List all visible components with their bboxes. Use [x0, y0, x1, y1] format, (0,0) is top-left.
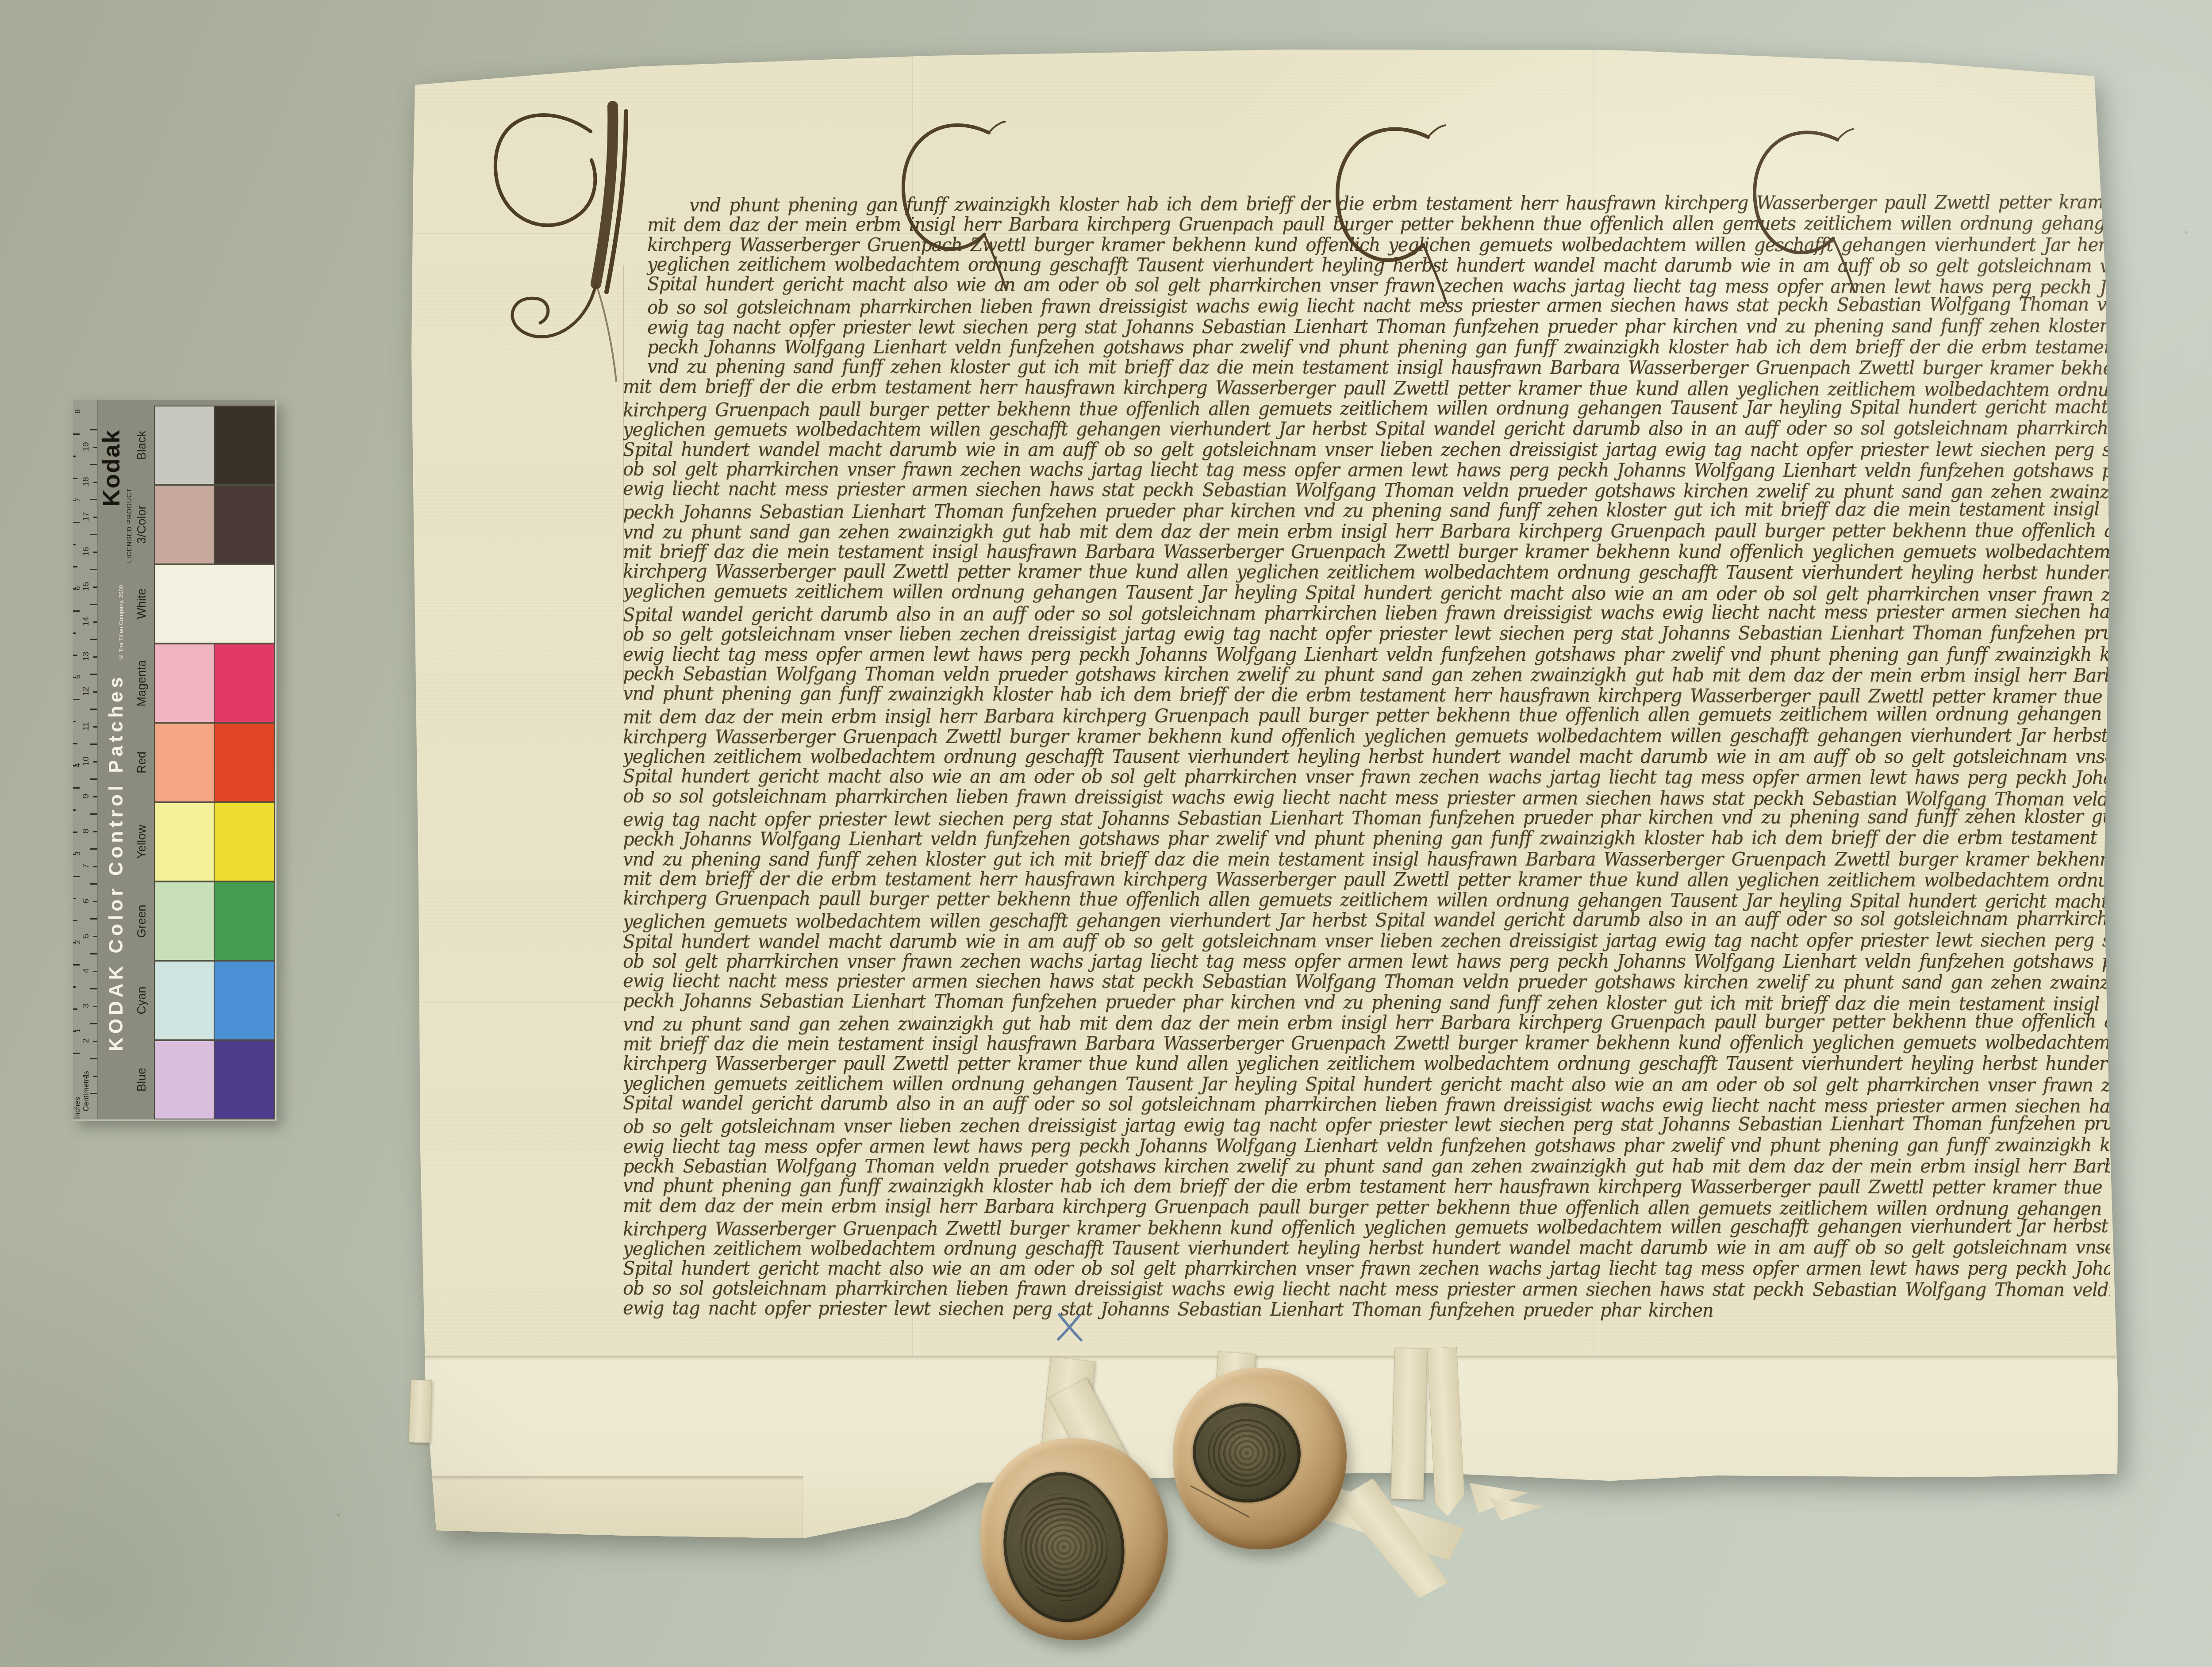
manuscript-line: ewig liecht tag mess opfer armen lewt ha… [623, 1134, 2110, 1157]
ruler-tick [73, 787, 80, 789]
ruler-tick [90, 499, 97, 500]
color-patch-grid [154, 406, 275, 1119]
ruler-tick [93, 971, 97, 972]
ruler-tick [93, 656, 97, 658]
color-patch-light-blue [155, 1041, 214, 1119]
manuscript-line: Spital hundert gericht macht also wie an… [623, 1258, 2110, 1280]
color-patch-light-black [155, 406, 214, 484]
manuscript-text-block: vnd phunt phening gan funff zwainzigkh k… [623, 194, 2110, 1321]
manuscript-line: kirchperg Wasserberger paull Zwettl pett… [623, 1053, 2110, 1075]
manuscript-line: ewig liecht nacht mess priester armen si… [623, 970, 2110, 993]
patch-label: Cyan [135, 986, 149, 1014]
manuscript-line: yeglichen zeitlichem wolbedachtem ordnun… [623, 1237, 2110, 1260]
ruler-tick [73, 522, 80, 523]
cm-number: 1 [81, 1073, 91, 1078]
ruler-tick [90, 848, 97, 850]
ruler-tick [90, 569, 97, 570]
cm-number: 17 [81, 512, 91, 521]
ruler-tick [90, 534, 97, 535]
manuscript-line: ob so gelt gotsleichnam vnser lieben zec… [623, 1113, 2110, 1138]
inch-number: 8 [73, 409, 82, 413]
ruler-tick [93, 901, 97, 902]
manuscript-line: ob so sol gotsleichnam pharrkirchen lieb… [623, 1278, 2110, 1301]
cm-number: 15 [81, 582, 91, 591]
ruler-tick [93, 761, 97, 763]
ruler-tick [73, 433, 80, 435]
manuscript-line: mit brieff daz die mein testament insigl… [623, 1032, 2110, 1055]
ruler-tick [90, 709, 97, 710]
ruler-tick [93, 1076, 97, 1077]
ruler-tick [93, 726, 97, 728]
patch-label: Red [135, 751, 149, 774]
ruler-tick [73, 610, 80, 612]
ruler-tick [93, 586, 97, 588]
manuscript-line: kirchperg Wasserberger paull Zwettl pett… [623, 561, 2110, 584]
manuscript-line: vnd zu phening sand funff zehen kloster … [623, 848, 2110, 870]
seal-impression [995, 1465, 1133, 1629]
patch-label: Green [135, 904, 149, 938]
ruler-tick [93, 1006, 97, 1007]
cm-number: 7 [81, 864, 91, 869]
ruler-tick [93, 482, 97, 483]
ruler-tick [93, 552, 97, 553]
ruler-tick [93, 936, 97, 937]
inch-number: 5 [73, 674, 82, 678]
patch-label: 3/Color [135, 505, 149, 544]
color-bar-title: KODAK Color Control Patches [105, 674, 127, 1051]
color-patch-full-green [215, 882, 274, 960]
ruler-tick [73, 1053, 80, 1054]
inch-number: 6 [73, 586, 82, 590]
inch-number: 2 [73, 940, 82, 944]
patch-label: Black [135, 431, 149, 460]
ruler-tick [93, 447, 97, 448]
cm-number: 10 [81, 756, 91, 766]
kodak-color-bar: Kodak LICENSED PRODUCT © The Tiffen Comp… [73, 400, 276, 1121]
color-patch-full-blue [215, 1041, 274, 1119]
manuscript-line: peckh Johanns Wolfgang Lienhart veldn fu… [623, 337, 2110, 358]
ruler-tick [93, 796, 97, 797]
color-patch-white [155, 565, 274, 643]
ruler-tick [93, 621, 97, 623]
manuscript-line: mit brieff daz die mein testament insigl… [623, 541, 2110, 563]
ruler-tick [73, 655, 77, 656]
manuscript-line: mit dem daz der mein erbm insigl herr Ba… [623, 213, 2110, 236]
ruler-tick [93, 691, 97, 693]
color-patch-full-3/color [215, 486, 274, 563]
ruler-tick [90, 743, 97, 745]
cm-number: 14 [81, 617, 91, 626]
manuscript-line: mit dem daz der mein erbm insigl herr Ba… [623, 704, 2110, 728]
manuscript-line: vnd zu phunt sand gan zehen zwainzigkh g… [623, 520, 2110, 543]
ruler-tick [90, 883, 97, 885]
color-patch-full-black [215, 406, 274, 484]
manuscript-line: Spital hundert wandel macht darumb wie i… [623, 930, 2110, 953]
ruler-tick [90, 813, 97, 815]
cm-number: 9 [81, 794, 91, 799]
seal-impression [1188, 1398, 1306, 1508]
ruler-tick [90, 429, 97, 430]
ruler-tick [73, 566, 77, 567]
wax-seal-left [980, 1438, 1168, 1640]
ruler-tick [90, 953, 97, 954]
ruler-tick [90, 1023, 97, 1024]
manuscript-line: peckh Johanns Sebastian Lienhart Thoman … [623, 499, 2110, 524]
ruler-tick [73, 544, 76, 545]
ruler-tick [90, 604, 97, 605]
patch-label: Yellow [135, 825, 149, 859]
manuscript-line: ewig liecht tag mess opfer armen lewt ha… [623, 644, 2110, 665]
color-patch-light-yellow [155, 803, 214, 881]
color-patch-full-magenta [215, 644, 274, 722]
ruler-tick [93, 1041, 97, 1042]
manuscript-line: ewig tag nacht opfer priester lewt siech… [623, 315, 2110, 338]
inches-label: Inches [73, 1097, 82, 1119]
ruler-tick [73, 809, 76, 811]
cm-number: 6 [81, 899, 91, 904]
color-patch-light-red [155, 724, 214, 801]
cm-number: 5 [81, 934, 91, 939]
kodak-brand-text: Kodak [98, 429, 125, 506]
photo-stage: vnd phunt phening gan funff zwainzigkh k… [0, 0, 2212, 1667]
ruler-tick [90, 1058, 97, 1059]
ruler-tick [90, 464, 97, 465]
ruler-tick [93, 831, 97, 832]
ruler-tick [90, 988, 97, 989]
manuscript-line: kirchperg Wasserberger Gruenpach Zwettl … [623, 234, 2110, 256]
ruler-tick [73, 456, 76, 457]
cm-number: 8 [81, 829, 91, 834]
cm-number: 12 [81, 686, 91, 696]
ruler-tick [73, 920, 77, 921]
manuscript-line: peckh Johanns Wolfgang Lienhart veldn fu… [623, 827, 2110, 850]
patch-label: Magenta [135, 660, 149, 706]
ruler-tick [73, 743, 77, 744]
ruler-tick [73, 964, 80, 966]
manuscript-line: ob so gelt gotsleichnam vnser lieben zec… [623, 622, 2110, 645]
licensed-product-text: LICENSED PRODUCT [126, 488, 133, 563]
ruler-tick [90, 918, 97, 920]
ruler-tick [93, 517, 97, 518]
parchment-tag [1391, 1348, 1428, 1500]
manuscript-line: vnd phunt phening gan funff zwainzigkh k… [623, 1175, 2110, 1198]
inch-number: 1 [73, 1028, 82, 1032]
cm-number: 11 [81, 722, 91, 731]
ruler-tick [93, 866, 97, 867]
ruler-tick [90, 1093, 97, 1094]
manuscript-line: ewig tag nacht opfer priester lewt siech… [623, 1298, 1932, 1321]
parchment-tag-tip [409, 1380, 432, 1443]
color-patch-full-red [215, 724, 274, 801]
ruler-tick [73, 876, 80, 877]
cm-number: 13 [81, 651, 91, 661]
manuscript-line: yeglichen gemuets wolbedachtem willen ge… [623, 908, 2110, 933]
ruler-tick [90, 778, 97, 780]
plica-lower-left-fold [431, 1476, 803, 1538]
cm-number: 16 [81, 547, 91, 556]
ruler-tick [90, 674, 97, 675]
manuscript-line: ob sol gelt pharrkirchen vnser frawn zec… [623, 951, 2110, 973]
ruler-tick [73, 721, 76, 722]
manuscript-line: vnd zu phening sand funff zehen kloster … [623, 356, 2110, 379]
cm-number: 19 [81, 442, 91, 451]
ruler-tick [73, 898, 76, 899]
patch-label: White [135, 589, 149, 619]
color-patch-full-yellow [215, 803, 274, 881]
cm-number: 3 [81, 1004, 91, 1008]
cm-number: 4 [81, 969, 91, 973]
cm-number: 18 [81, 477, 91, 486]
manuscript-line: Spital hundert wandel macht darumb wie i… [623, 439, 2110, 460]
ruler-tick [73, 632, 76, 634]
inch-number: 4 [73, 763, 82, 767]
manuscript-line: yeglichen gemuets zeitlichem willen ordn… [623, 1073, 2110, 1096]
copyright-text: © The Tiffen Company, 2000 [118, 585, 124, 660]
color-patch-light-magenta [155, 644, 214, 722]
manuscript-line: yeglichen gemuets wolbedachtem willen ge… [623, 418, 2110, 441]
manuscript-line: yeglichen zeitlichem wolbedachtem ordnun… [623, 746, 2110, 768]
manuscript-line: ob so sol gotsleichnam pharrkirchen lieb… [623, 294, 2110, 319]
manuscript-line: Spital hundert gericht macht also wie an… [623, 766, 2110, 789]
color-patch-light-3/color [155, 486, 214, 563]
ruler-tick [73, 699, 80, 700]
ruler-tick [90, 639, 97, 640]
ruler-tick [73, 1008, 77, 1010]
ruler-tick [73, 832, 77, 833]
ruler-tick [73, 478, 77, 479]
wax-seal-right [1173, 1368, 1347, 1549]
blue-x-mark [1053, 1310, 1087, 1344]
ruler-tick [73, 986, 76, 988]
patch-label: Blue [135, 1068, 149, 1092]
inch-number: 3 [73, 851, 82, 855]
manuscript-line: peckh Sebastian Wolfgang Thoman veldn pr… [623, 1156, 2110, 1177]
color-patch-light-cyan [155, 962, 214, 1039]
color-patch-full-cyan [215, 962, 274, 1039]
manuscript-line: kirchperg Wasserberger Gruenpach Zwettl … [623, 725, 2110, 748]
manuscript-line: mit dem brieff der die erbm testament he… [623, 868, 2110, 891]
inch-number: 7 [73, 498, 82, 502]
color-patch-light-green [155, 882, 214, 960]
cm-number: 2 [81, 1039, 91, 1043]
